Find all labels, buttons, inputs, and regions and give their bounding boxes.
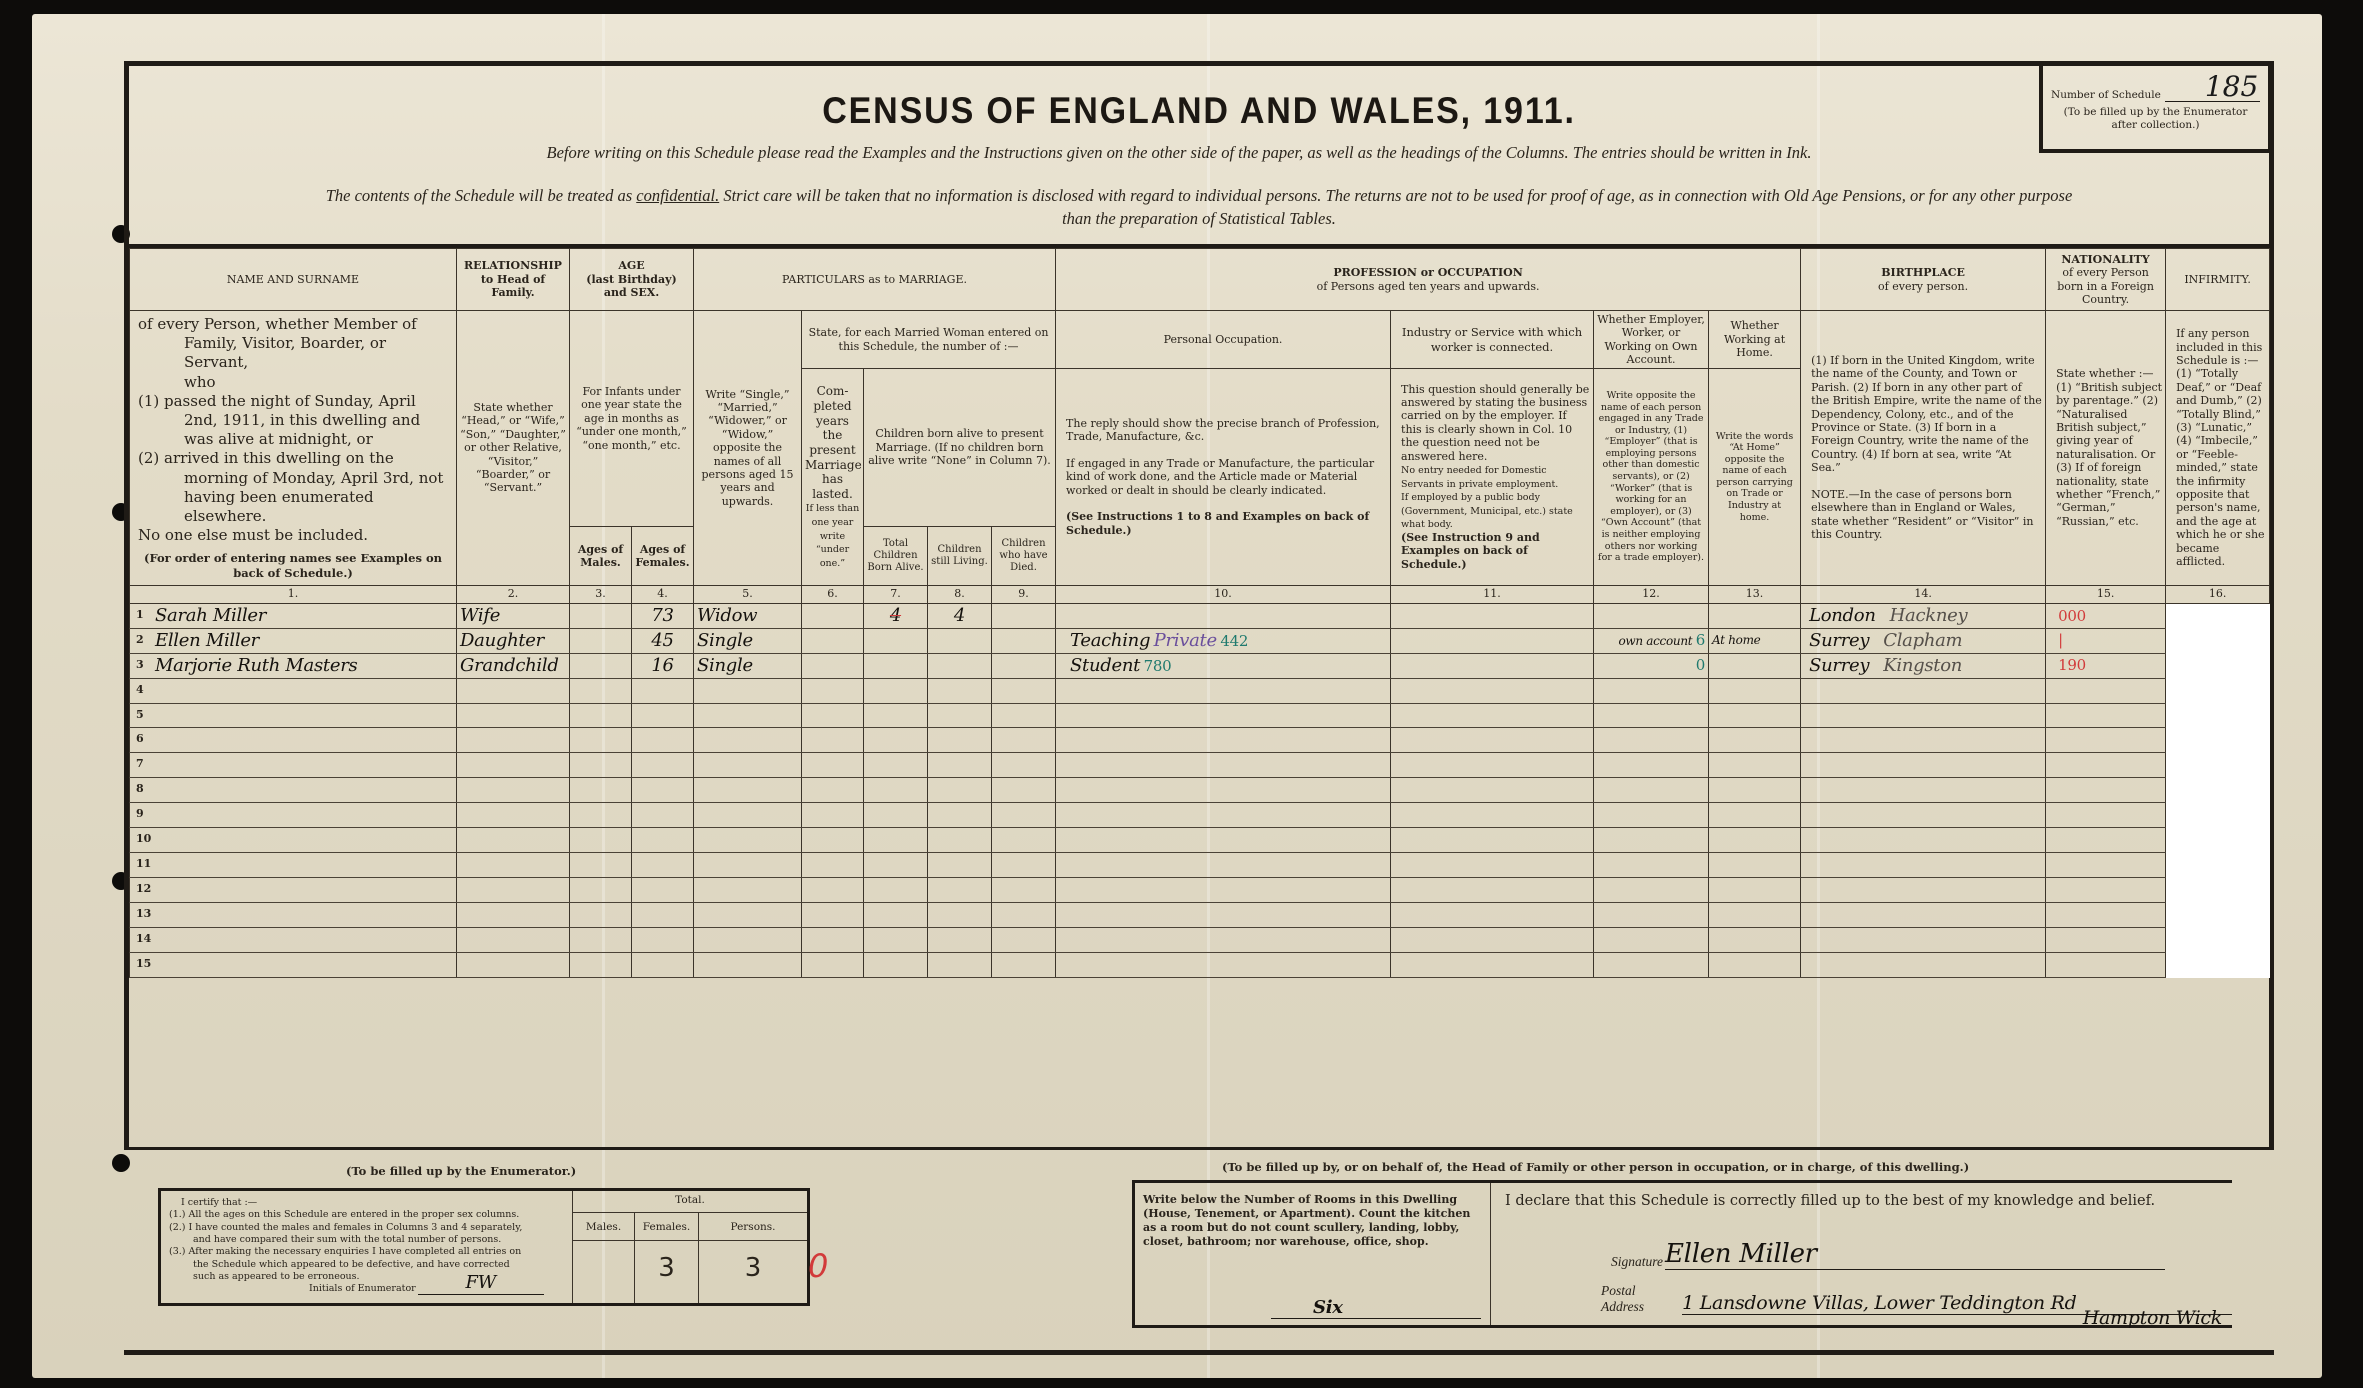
industry-cell[interactable]	[1391, 828, 1594, 853]
still-living-cell[interactable]	[928, 953, 992, 978]
nationality-cell[interactable]	[2046, 928, 2166, 953]
age-females-cell[interactable]	[632, 678, 694, 703]
died-cell[interactable]	[992, 703, 1056, 728]
nationality-cell[interactable]	[2046, 953, 2166, 978]
still-living-cell[interactable]	[928, 828, 992, 853]
nationality-cell[interactable]: 000	[2046, 603, 2166, 628]
relationship-cell[interactable]: Wife	[457, 603, 570, 628]
age-females-cell[interactable]	[632, 703, 694, 728]
age-females-cell[interactable]	[632, 853, 694, 878]
marital-cell[interactable]	[694, 928, 802, 953]
punch-hole-icon	[112, 1154, 130, 1172]
industry-cell[interactable]	[1391, 778, 1594, 803]
industry-cell[interactable]	[1391, 628, 1594, 653]
age-males-cell[interactable]	[570, 803, 632, 828]
industry-cell[interactable]	[1391, 703, 1594, 728]
relationship-cell[interactable]	[457, 803, 570, 828]
born-alive-cell[interactable]	[864, 853, 928, 878]
nationality-cell[interactable]	[2046, 753, 2166, 778]
name-cell[interactable]: 8	[130, 778, 457, 803]
marital-cell[interactable]	[694, 678, 802, 703]
header-marriage: PARTICULARS as to MARRIAGE.	[694, 249, 1056, 311]
industry-cell[interactable]	[1391, 953, 1594, 978]
head-of-family-box: Write below the Number of Rooms in this …	[1132, 1180, 2232, 1328]
occupation-cell[interactable]	[1056, 828, 1391, 853]
name-cell[interactable]: 13	[130, 903, 457, 928]
name-cell[interactable]: 11	[130, 853, 457, 878]
age-females-cell[interactable]	[632, 878, 694, 903]
age-females-cell[interactable]	[632, 778, 694, 803]
column-number: 13.	[1709, 585, 1801, 603]
name-cell[interactable]: 12	[130, 878, 457, 903]
occupation-cell[interactable]	[1056, 878, 1391, 903]
at-home-cell[interactable]	[1709, 728, 1801, 753]
at-home-cell[interactable]	[1709, 828, 1801, 853]
industry-cell[interactable]	[1391, 728, 1594, 753]
age-females-cell[interactable]	[632, 828, 694, 853]
age-females-cell[interactable]: 45	[632, 628, 694, 653]
still-living-cell[interactable]	[928, 728, 992, 753]
nationality-cell[interactable]	[2046, 803, 2166, 828]
years-married-cell[interactable]	[802, 603, 864, 628]
instructions-employer: Write opposite the name of each person e…	[1594, 369, 1709, 586]
employer-cell[interactable]: 0	[1594, 653, 1709, 678]
column-number: 6.	[802, 585, 864, 603]
age-males-cell[interactable]	[570, 828, 632, 853]
table-row: 14	[130, 928, 2270, 953]
employer-cell[interactable]	[1594, 828, 1709, 853]
born-alive-cell[interactable]	[864, 828, 928, 853]
employer-cell[interactable]	[1594, 703, 1709, 728]
age-males-cell[interactable]	[570, 878, 632, 903]
confidential-word: confidential.	[636, 186, 719, 205]
instructions-line: Before writing on this Schedule please r…	[129, 143, 2269, 163]
birthplace-cell[interactable]	[1801, 928, 2046, 953]
at-home-cell[interactable]	[1709, 778, 1801, 803]
industry-cell[interactable]	[1391, 653, 1594, 678]
birthplace-cell[interactable]	[1801, 803, 2046, 828]
birthplace-cell[interactable]	[1801, 778, 2046, 803]
age-females-cell[interactable]	[632, 953, 694, 978]
died-cell[interactable]	[992, 728, 1056, 753]
occupation-cell[interactable]	[1056, 928, 1391, 953]
employer-cell[interactable]	[1594, 753, 1709, 778]
born-alive-cell[interactable]	[864, 778, 928, 803]
cell-occupation-code: 780	[1144, 657, 1172, 675]
totals-header: Total.	[573, 1191, 807, 1213]
still-living-cell[interactable]	[928, 753, 992, 778]
years-married-cell[interactable]	[802, 878, 864, 903]
age-males-cell[interactable]	[570, 678, 632, 703]
marital-cell[interactable]	[694, 878, 802, 903]
birthplace-cell[interactable]	[1801, 728, 2046, 753]
age-females-cell[interactable]: 73	[632, 603, 694, 628]
name-cell[interactable]: 10	[130, 828, 457, 853]
at-home-cell[interactable]	[1709, 853, 1801, 878]
occupation-cell[interactable]	[1056, 753, 1391, 778]
years-married-cell[interactable]	[802, 653, 864, 678]
occupation-cell[interactable]	[1056, 603, 1391, 628]
years-married-cell[interactable]	[802, 628, 864, 653]
relationship-cell[interactable]	[457, 953, 570, 978]
infirmity-cell-redacted	[2166, 853, 2270, 878]
age-males-cell[interactable]	[570, 653, 632, 678]
employer-cell[interactable]	[1594, 728, 1709, 753]
at-home-cell[interactable]	[1709, 903, 1801, 928]
relationship-cell[interactable]	[457, 753, 570, 778]
birthplace-cell[interactable]	[1801, 878, 2046, 903]
schedule-number-label: Number of Schedule	[2051, 89, 2161, 102]
age-females-cell[interactable]	[632, 728, 694, 753]
died-cell[interactable]	[992, 678, 1056, 703]
born-alive-cell[interactable]	[864, 678, 928, 703]
birthplace-cell[interactable]	[1801, 903, 2046, 928]
marital-cell[interactable]	[694, 753, 802, 778]
occupation-cell[interactable]	[1056, 778, 1391, 803]
cell-birth-county: London	[1809, 605, 1876, 626]
age-females-cell[interactable]	[632, 803, 694, 828]
died-cell[interactable]	[992, 953, 1056, 978]
industry-cell[interactable]	[1391, 903, 1594, 928]
infirmity-cell-redacted	[2166, 653, 2270, 678]
still-living-cell[interactable]	[928, 928, 992, 953]
born-alive-cell[interactable]	[864, 903, 928, 928]
nationality-cell[interactable]	[2046, 703, 2166, 728]
birthplace-cell[interactable]: Surrey Kingston	[1801, 653, 2046, 678]
born-alive-cell[interactable]	[864, 953, 928, 978]
birthplace-cell[interactable]: Surrey Clapham	[1801, 628, 2046, 653]
table-row: 4	[130, 678, 2270, 703]
industry-cell[interactable]	[1391, 853, 1594, 878]
column-number: 5.	[694, 585, 802, 603]
years-married-cell[interactable]	[802, 703, 864, 728]
marital-cell[interactable]	[694, 953, 802, 978]
age-males-cell[interactable]	[570, 753, 632, 778]
infirmity-cell-redacted	[2166, 828, 2270, 853]
employer-cell[interactable]	[1594, 853, 1709, 878]
marital-cell[interactable]	[694, 728, 802, 753]
relationship-cell[interactable]	[457, 928, 570, 953]
nationality-cell[interactable]	[2046, 778, 2166, 803]
still-living-cell[interactable]	[928, 703, 992, 728]
name-cell[interactable]: 3Marjorie Ruth Masters	[130, 653, 457, 678]
nationality-cell[interactable]: |	[2046, 628, 2166, 653]
cell-birth-county: Surrey	[1809, 630, 1869, 651]
years-married-cell[interactable]	[802, 778, 864, 803]
at-home-cell[interactable]	[1709, 653, 1801, 678]
column-number: 14.	[1801, 585, 2046, 603]
still-living-cell[interactable]	[928, 778, 992, 803]
name-cell[interactable]: 1Sarah Miller	[130, 603, 457, 628]
at-home-cell[interactable]	[1709, 803, 1801, 828]
relationship-cell[interactable]	[457, 678, 570, 703]
birthplace-cell[interactable]	[1801, 853, 2046, 878]
nationality-cell[interactable]	[2046, 878, 2166, 903]
employer-cell[interactable]	[1594, 678, 1709, 703]
infirmity-cell-redacted	[2166, 728, 2270, 753]
age-males-cell[interactable]	[570, 853, 632, 878]
born-alive-cell[interactable]	[864, 928, 928, 953]
employer-cell[interactable]	[1594, 928, 1709, 953]
column-number: 1.	[130, 585, 457, 603]
years-married-cell[interactable]	[802, 953, 864, 978]
age-males-cell[interactable]	[570, 628, 632, 653]
at-home-cell[interactable]	[1709, 753, 1801, 778]
years-married-cell[interactable]	[802, 753, 864, 778]
relationship-cell[interactable]	[457, 878, 570, 903]
nationality-cell[interactable]: 190	[2046, 653, 2166, 678]
infirmity-cell-redacted	[2166, 628, 2270, 653]
header-born-alive: Total Children Born Alive.	[864, 527, 928, 585]
nationality-cell[interactable]	[2046, 678, 2166, 703]
relationship-cell[interactable]	[457, 728, 570, 753]
header-age-sex: AGE(last Birthday) and SEX.	[570, 249, 694, 311]
occupation-cell[interactable]: Student 780	[1056, 653, 1391, 678]
died-cell[interactable]	[992, 928, 1056, 953]
employer-cell[interactable]	[1594, 603, 1709, 628]
initials-value[interactable]: FW	[418, 1271, 544, 1295]
census-grid: NAME AND SURNAME RELATIONSHIPto Head of …	[129, 244, 2269, 1150]
relationship-cell[interactable]	[457, 828, 570, 853]
marital-cell[interactable]	[694, 853, 802, 878]
name-cell[interactable]: 5	[130, 703, 457, 728]
row-number: 5	[136, 708, 144, 721]
industry-cell[interactable]	[1391, 803, 1594, 828]
employer-cell[interactable]	[1594, 878, 1709, 903]
confidential-rest: Strict care will be taken that no inform…	[719, 186, 2072, 205]
industry-cell[interactable]	[1391, 878, 1594, 903]
address-line-2[interactable]: Hampton Wick	[2083, 1307, 2222, 1329]
marital-cell[interactable]: Single	[694, 653, 802, 678]
totals-males-value[interactable]	[573, 1241, 635, 1303]
occupation-cell[interactable]	[1056, 678, 1391, 703]
industry-cell[interactable]	[1391, 603, 1594, 628]
instructions-years-married: Com-pleted years the present Marriage ha…	[802, 369, 864, 586]
name-cell[interactable]: 4	[130, 678, 457, 703]
occupation-cell[interactable]	[1056, 903, 1391, 928]
died-cell[interactable]	[992, 853, 1056, 878]
years-married-cell[interactable]	[802, 928, 864, 953]
years-married-cell[interactable]	[802, 903, 864, 928]
instructions-nationality: State whether :— (1) “British subject by…	[2046, 311, 2166, 586]
at-home-cell[interactable]: At home	[1709, 628, 1801, 653]
column-number: 7.	[864, 585, 928, 603]
signature-value[interactable]: Ellen Miller	[1665, 1239, 2165, 1270]
age-males-cell[interactable]	[570, 703, 632, 728]
employer-cell[interactable]	[1594, 903, 1709, 928]
industry-cell[interactable]	[1391, 928, 1594, 953]
instructions-married-woman: State, for each Married Woman entered on…	[802, 311, 1056, 369]
at-home-cell[interactable]	[1709, 603, 1801, 628]
still-living-cell[interactable]	[928, 853, 992, 878]
instructions-marital: Write “Single,” “Married,” “Widower,” or…	[694, 311, 802, 586]
at-home-cell[interactable]	[1709, 928, 1801, 953]
born-alive-cell[interactable]	[864, 878, 928, 903]
occupation-cell[interactable]	[1056, 728, 1391, 753]
at-home-cell[interactable]	[1709, 703, 1801, 728]
still-living-cell[interactable]	[928, 903, 992, 928]
died-cell[interactable]	[992, 753, 1056, 778]
died-cell[interactable]	[992, 778, 1056, 803]
name-cell[interactable]: 2Ellen Miller	[130, 628, 457, 653]
at-home-cell[interactable]	[1709, 953, 1801, 978]
still-living-cell[interactable]	[928, 628, 992, 653]
header-ages-females: Ages of Females.	[632, 527, 694, 585]
name-cell[interactable]: 15	[130, 953, 457, 978]
at-home-cell[interactable]	[1709, 878, 1801, 903]
age-males-cell[interactable]	[570, 903, 632, 928]
rooms-instructions: Write below the Number of Rooms in this …	[1143, 1193, 1470, 1248]
age-males-cell[interactable]	[570, 953, 632, 978]
died-cell[interactable]	[992, 653, 1056, 678]
name-cell[interactable]: 7	[130, 753, 457, 778]
born-alive-cell[interactable]	[864, 628, 928, 653]
infirmity-cell-redacted	[2166, 603, 2270, 628]
header-name-surname: NAME AND SURNAME	[130, 249, 457, 311]
relationship-cell[interactable]	[457, 703, 570, 728]
years-married-cell[interactable]	[802, 678, 864, 703]
age-females-cell[interactable]	[632, 753, 694, 778]
died-cell[interactable]	[992, 828, 1056, 853]
red-check-mark: 0	[808, 1247, 828, 1285]
died-cell[interactable]	[992, 603, 1056, 628]
still-living-cell[interactable]	[928, 678, 992, 703]
marital-cell[interactable]	[694, 803, 802, 828]
rooms-value[interactable]: Six	[1313, 1296, 1343, 1319]
age-males-cell[interactable]	[570, 928, 632, 953]
industry-cell[interactable]	[1391, 753, 1594, 778]
instructions-occupation: The reply should show the precise branch…	[1056, 369, 1391, 586]
industry-cell[interactable]	[1391, 678, 1594, 703]
still-living-cell[interactable]	[928, 653, 992, 678]
confidential-prefix: The contents of the Schedule will be tre…	[326, 186, 637, 205]
died-cell[interactable]	[992, 903, 1056, 928]
birthplace-cell[interactable]: London Hackney	[1801, 603, 2046, 628]
still-living-cell[interactable]	[928, 878, 992, 903]
years-married-cell[interactable]	[802, 828, 864, 853]
still-living-cell[interactable]: 4	[928, 603, 992, 628]
header-nationality: NATIONALITYof every Person born in a For…	[2046, 249, 2166, 311]
occupation-cell[interactable]	[1056, 853, 1391, 878]
age-females-cell[interactable]: 16	[632, 653, 694, 678]
row-number: 3	[136, 658, 144, 671]
relationship-cell[interactable]: Daughter	[457, 628, 570, 653]
occupation-cell[interactable]: Teaching Private 442	[1056, 628, 1391, 653]
occupation-cell[interactable]	[1056, 953, 1391, 978]
nationality-cell[interactable]	[2046, 903, 2166, 928]
cell-relationship: Wife	[460, 605, 500, 626]
birthplace-cell[interactable]	[1801, 953, 2046, 978]
enumerator-section-label: (To be filled up by the Enumerator.)	[346, 1164, 576, 1178]
cell-name: Ellen Miller	[133, 630, 259, 651]
row-number: 2	[136, 633, 144, 646]
header-died: Children who have Died.	[992, 527, 1056, 585]
employer-cell[interactable]	[1594, 778, 1709, 803]
marital-cell[interactable]	[694, 703, 802, 728]
schedule-number-value[interactable]: 185	[2165, 73, 2260, 102]
died-cell[interactable]	[992, 878, 1056, 903]
cell-marital: Single	[697, 655, 753, 676]
born-alive-cell[interactable]	[864, 703, 928, 728]
cell-birth-county: Surrey	[1809, 655, 1869, 676]
infirmity-cell-redacted	[2166, 903, 2270, 928]
name-cell[interactable]: 9	[130, 803, 457, 828]
cell-age-f: 45	[651, 630, 673, 651]
relationship-cell[interactable]: Grandchild	[457, 653, 570, 678]
row-number: 14	[136, 932, 151, 945]
row-number: 9	[136, 807, 144, 820]
age-females-cell[interactable]	[632, 903, 694, 928]
document-title: CENSUS OF ENGLAND AND WALES, 1911.	[215, 90, 2184, 132]
table-row: 10	[130, 828, 2270, 853]
occupation-cell[interactable]	[1056, 703, 1391, 728]
table-row: 2Ellen Miller Daughter 45 Single Teachin…	[130, 628, 2270, 653]
employer-cell[interactable]	[1594, 803, 1709, 828]
born-alive-cell[interactable]	[864, 753, 928, 778]
marital-cell[interactable]: Single	[694, 628, 802, 653]
at-home-cell[interactable]	[1709, 678, 1801, 703]
birthplace-cell[interactable]	[1801, 678, 2046, 703]
birthplace-cell[interactable]	[1801, 828, 2046, 853]
marital-cell[interactable]	[694, 903, 802, 928]
instructions-birthplace: (1) If born in the United Kingdom, write…	[1801, 311, 2046, 586]
row-number: 15	[136, 957, 151, 970]
nationality-cell[interactable]	[2046, 728, 2166, 753]
column-number: 9.	[992, 585, 1056, 603]
age-females-cell[interactable]	[632, 928, 694, 953]
marital-cell[interactable]	[694, 828, 802, 853]
census-table: NAME AND SURNAME RELATIONSHIPto Head of …	[129, 248, 2270, 978]
born-alive-cell[interactable]	[864, 728, 928, 753]
years-married-cell[interactable]	[802, 853, 864, 878]
born-alive-cell[interactable]	[864, 653, 928, 678]
years-married-cell[interactable]	[802, 803, 864, 828]
column-number: 2.	[457, 585, 570, 603]
age-males-cell[interactable]	[570, 778, 632, 803]
still-living-cell[interactable]	[928, 803, 992, 828]
employer-cell[interactable]: own account 6	[1594, 628, 1709, 653]
birthplace-cell[interactable]	[1801, 753, 2046, 778]
relationship-cell[interactable]	[457, 778, 570, 803]
relationship-cell[interactable]	[457, 903, 570, 928]
marital-cell[interactable]: Widow	[694, 603, 802, 628]
age-males-cell[interactable]	[570, 603, 632, 628]
infirmity-cell-redacted	[2166, 778, 2270, 803]
born-alive-cell[interactable]	[864, 803, 928, 828]
occupation-cell[interactable]	[1056, 803, 1391, 828]
name-cell[interactable]: 6	[130, 728, 457, 753]
name-cell[interactable]: 14	[130, 928, 457, 953]
totals-persons-value[interactable]: 3	[699, 1241, 807, 1303]
marital-cell[interactable]	[694, 778, 802, 803]
cell-name: Sarah Miller	[133, 605, 266, 626]
nationality-cell[interactable]	[2046, 853, 2166, 878]
years-married-cell[interactable]	[802, 728, 864, 753]
birthplace-cell[interactable]	[1801, 703, 2046, 728]
column-number: 11.	[1391, 585, 1594, 603]
died-cell[interactable]	[992, 803, 1056, 828]
row-number: 6	[136, 732, 144, 745]
age-males-cell[interactable]	[570, 728, 632, 753]
born-alive-cell[interactable]: 4	[864, 603, 928, 628]
cell-nationality: |	[2058, 631, 2063, 649]
nationality-cell[interactable]	[2046, 828, 2166, 853]
relationship-cell[interactable]	[457, 853, 570, 878]
totals-males-label: Males.	[573, 1213, 635, 1240]
totals-females-value[interactable]: 3	[635, 1241, 699, 1303]
died-cell[interactable]	[992, 628, 1056, 653]
employer-cell[interactable]	[1594, 953, 1709, 978]
